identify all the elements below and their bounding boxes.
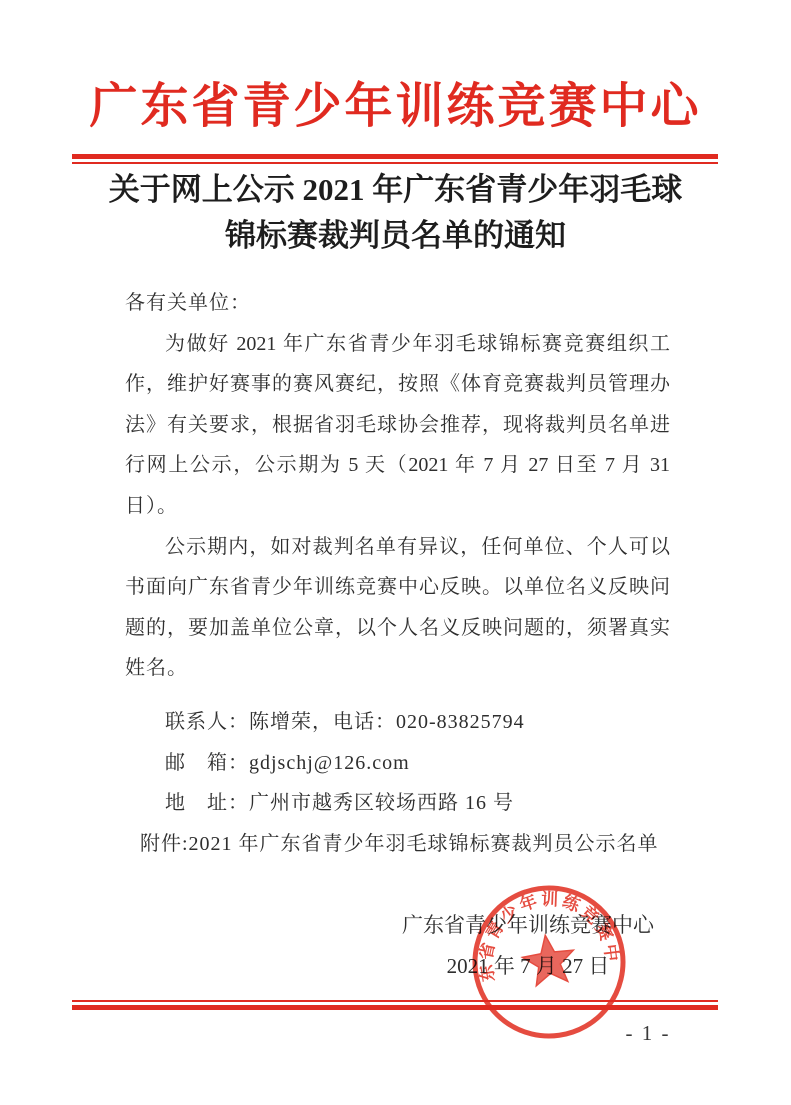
header-rule-thin <box>72 162 718 164</box>
email-line: 邮 箱：gdjschj@126.com <box>125 743 685 784</box>
salutation: 各有关单位： <box>125 283 670 324</box>
contact-person-line: 联系人：陈增荣，电话：020-83825794 <box>125 702 685 743</box>
paragraph2-line: 书面向广东省青少年训练竞赛中心反映。以单位名义反映问 <box>125 567 670 608</box>
paragraph1-line: 法》有关要求，根据省羽毛球协会推荐，现将裁判员名单进 <box>125 405 670 446</box>
attachment-line: 附件:2021 年广东省青少年羽毛球锦标赛裁判员公示名单 <box>125 824 685 865</box>
footer-rule-thick <box>72 1005 718 1010</box>
document-title: 关于网上公示 2021 年广东省青少年羽毛球 锦标赛裁判员名单的通知 <box>0 167 791 259</box>
paragraph2-line: 题的，要加盖单位公章，以个人名义反映问题的，须署真实 <box>125 608 670 649</box>
contact-block: 联系人：陈增荣，电话：020-83825794 邮 箱：gdjschj@126.… <box>125 702 685 864</box>
paragraph1-line: 日）。 <box>125 486 670 527</box>
document-title-line-2: 锦标赛裁判员名单的通知 <box>0 213 791 259</box>
scanned-notice-page: { "document": { "letterhead": "广东省青少年训练竞… <box>0 0 791 1105</box>
seal-star-icon <box>520 932 578 987</box>
paragraph1-line: 作，维护好赛事的赛风赛纪，按照《体育竞赛裁判员管理办 <box>125 364 670 405</box>
paragraph2-line: 公示期内，如对裁判名单有异议，任何单位、个人可以 <box>125 527 670 568</box>
paragraph1-line: 为做好 2021 年广东省青少年羽毛球锦标赛竞赛组织工 <box>125 324 670 365</box>
paragraph1-line: 行网上公示，公示期为 5 天（2021 年 7 月 27 日至 7 月 31 <box>125 445 670 486</box>
letterhead-title: 广东省青少年训练竞赛中心 <box>0 76 791 138</box>
footer-rule-thin <box>72 1000 718 1002</box>
body-text: 各有关单位： 为做好 2021 年广东省青少年羽毛球锦标赛竞赛组织工 作，维护好… <box>125 283 670 689</box>
header-rule-thick <box>72 154 718 159</box>
page-number: - 1 - <box>598 1021 698 1046</box>
address-line: 地 址：广州市越秀区较场西路 16 号 <box>125 783 685 824</box>
document-title-line-1: 关于网上公示 2021 年广东省青少年羽毛球 <box>0 167 791 213</box>
paragraph2-line: 姓名。 <box>125 648 670 689</box>
